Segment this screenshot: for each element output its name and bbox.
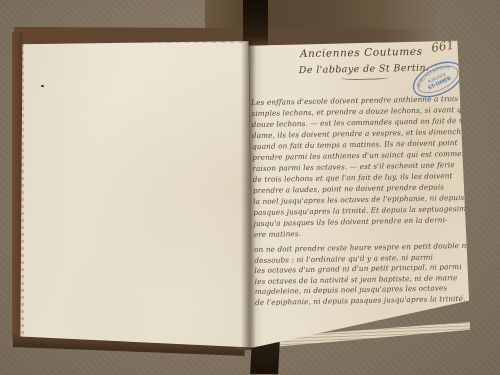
manuscript-paragraph-2: on ne doit prendre ceste heure vespre en… [254, 241, 459, 308]
gutter-shadow [241, 40, 256, 349]
right-page-manuscript: 661 BIBLIOTHÈQUE PUBLIQUE ST-OMER Ancien… [248, 37, 470, 349]
manuscript-title: Anciennes Coutumes [271, 45, 451, 60]
ink-speck [41, 85, 44, 87]
underline-flourish [341, 75, 389, 80]
manuscript-photo: 661 BIBLIOTHÈQUE PUBLIQUE ST-OMER Ancien… [0, 0, 500, 375]
manuscript-content: 661 BIBLIOTHÈQUE PUBLIQUE ST-OMER Ancien… [245, 35, 473, 351]
manuscript-paragraph-1: Les enffans d'escole doivent prendre ant… [251, 93, 458, 240]
left-page-blank [19, 38, 252, 349]
